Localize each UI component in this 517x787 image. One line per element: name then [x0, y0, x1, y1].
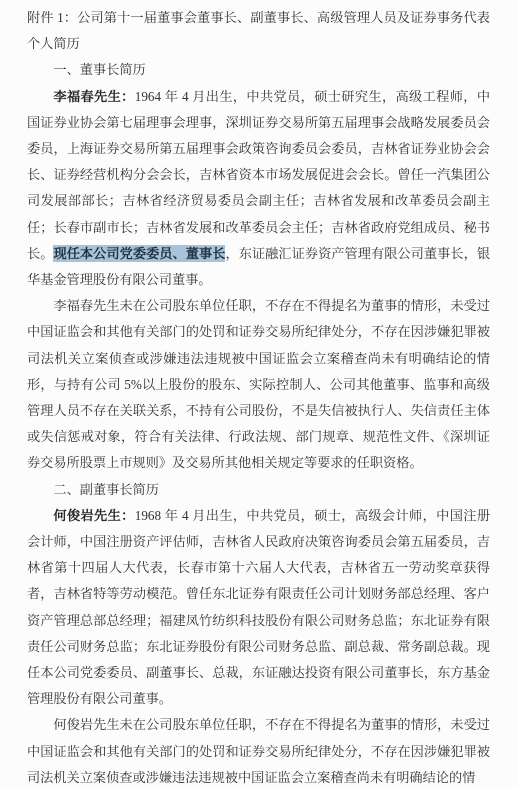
attachment-title: 附件 1：公司第十一届董事会董事长、副董事长、高级管理人员及证券事务代表个人简历 [27, 5, 490, 57]
chairman-name: 李福春先生： [53, 89, 134, 104]
vice-chairman-bio: 1968 年 4 月出生，中共党员，硕士，高级会计师，中国注册会计师，中国注册资… [27, 508, 490, 706]
section-2-heading: 二、副董事长简历 [27, 477, 490, 503]
vice-chairman-bio-paragraph: 何俊岩先生：1968 年 4 月出生，中共党员，硕士，高级会计师，中国注册会计师… [27, 503, 490, 713]
vice-chairman-qualification-paragraph: 何俊岩先生未在公司股东单位任职，不存在不得提名为董事的情形，未受过中国证监会和其… [27, 712, 490, 787]
section-1-heading: 一、董事长简历 [27, 57, 490, 83]
chairman-bio-paragraph: 李福春先生：1964 年 4 月出生，中共党员，硕士研究生，高级工程师，中国证券… [27, 84, 490, 294]
chairman-current-position-highlight: 现任本公司党委委员、董事长 [53, 245, 225, 262]
chairman-bio-start: 1964 年 4 月出生，中共党员，硕士研究生，高级工程师，中国证券业协会第七届… [27, 89, 490, 261]
document-page: 附件 1：公司第十一届董事会董事长、副董事长、高级管理人员及证券事务代表个人简历… [0, 0, 517, 787]
vice-chairman-name: 何俊岩先生： [53, 508, 134, 523]
chairman-qualification-paragraph: 李福春先生未在公司股东单位任职，不存在不得提名为董事的情形，未受过中国证监会和其… [27, 293, 490, 476]
